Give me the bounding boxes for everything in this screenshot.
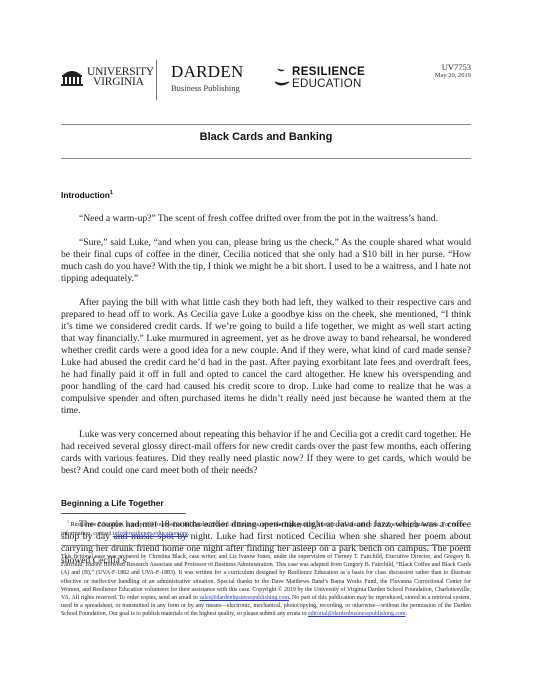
title-rule-bottom: [61, 158, 471, 159]
document-body: Introduction1 “Need a warm-up?” The scen…: [61, 187, 471, 567]
resilience-logo-line2: EDUCATION: [292, 78, 362, 90]
document-page: UNIVERSITY VIRGINIA DARDEN Business Publ…: [0, 0, 533, 690]
darden-logo-subtitle: Business Publishing: [171, 83, 244, 93]
case-date: May 20, 2019: [435, 72, 471, 80]
footnote-rule: [61, 513, 186, 514]
birds-icon: [274, 66, 294, 90]
legal-end: .: [406, 611, 407, 617]
paragraph: “Need a warm-up?” The scent of fresh cof…: [61, 213, 471, 225]
uva-logo-line2: VIRGINIA: [87, 77, 154, 87]
header: UNIVERSITY VIRGINIA DARDEN Business Publ…: [61, 56, 471, 102]
paragraph: “Sure,” said Luke, “and when you can, pl…: [61, 237, 471, 285]
footnote-end: .: [188, 530, 190, 537]
section-heading-introduction: Introduction1: [61, 187, 471, 201]
uva-logo: UNIVERSITY VIRGINIA: [61, 62, 154, 92]
section-heading-beginning: Beginning a Life Together: [61, 497, 471, 509]
case-number: UV7753: [435, 62, 471, 72]
section-heading-text: Introduction: [61, 190, 110, 200]
footnote: 1 Resilience Education, a nonprofit foun…: [61, 517, 471, 538]
legal-notice: This fictional case was prepared by Chri…: [61, 553, 471, 619]
legal-text-1: This fictional case was prepared by Chri…: [61, 554, 471, 601]
sales-email-link[interactable]: sales@dardenbusinesspublishing.com: [200, 595, 289, 601]
logo-divider: [156, 60, 157, 100]
footnote-ref[interactable]: 1: [110, 190, 113, 196]
resilience-logo-line1: RESILIENCE: [292, 66, 365, 78]
footnote-number: 1: [67, 519, 69, 524]
editorial-email-link[interactable]: editorial@dardenbusinesspublishing.com: [308, 611, 406, 617]
document-title: Black Cards and Banking: [61, 131, 471, 143]
darden-logo: DARDEN Business Publishing: [171, 63, 244, 93]
footnote-email-link[interactable]: info@resilience-education.org: [113, 530, 188, 537]
paragraph: Luke was very concerned about repeating …: [61, 429, 471, 477]
rotunda-icon: [61, 68, 83, 86]
legal-rule: [61, 545, 471, 546]
case-id-block: UV7753 May 20, 2019: [435, 62, 471, 80]
paragraph: After paying the bill with what little c…: [61, 297, 471, 417]
title-rule-top: [61, 124, 471, 125]
darden-logo-name: DARDEN: [171, 63, 244, 81]
